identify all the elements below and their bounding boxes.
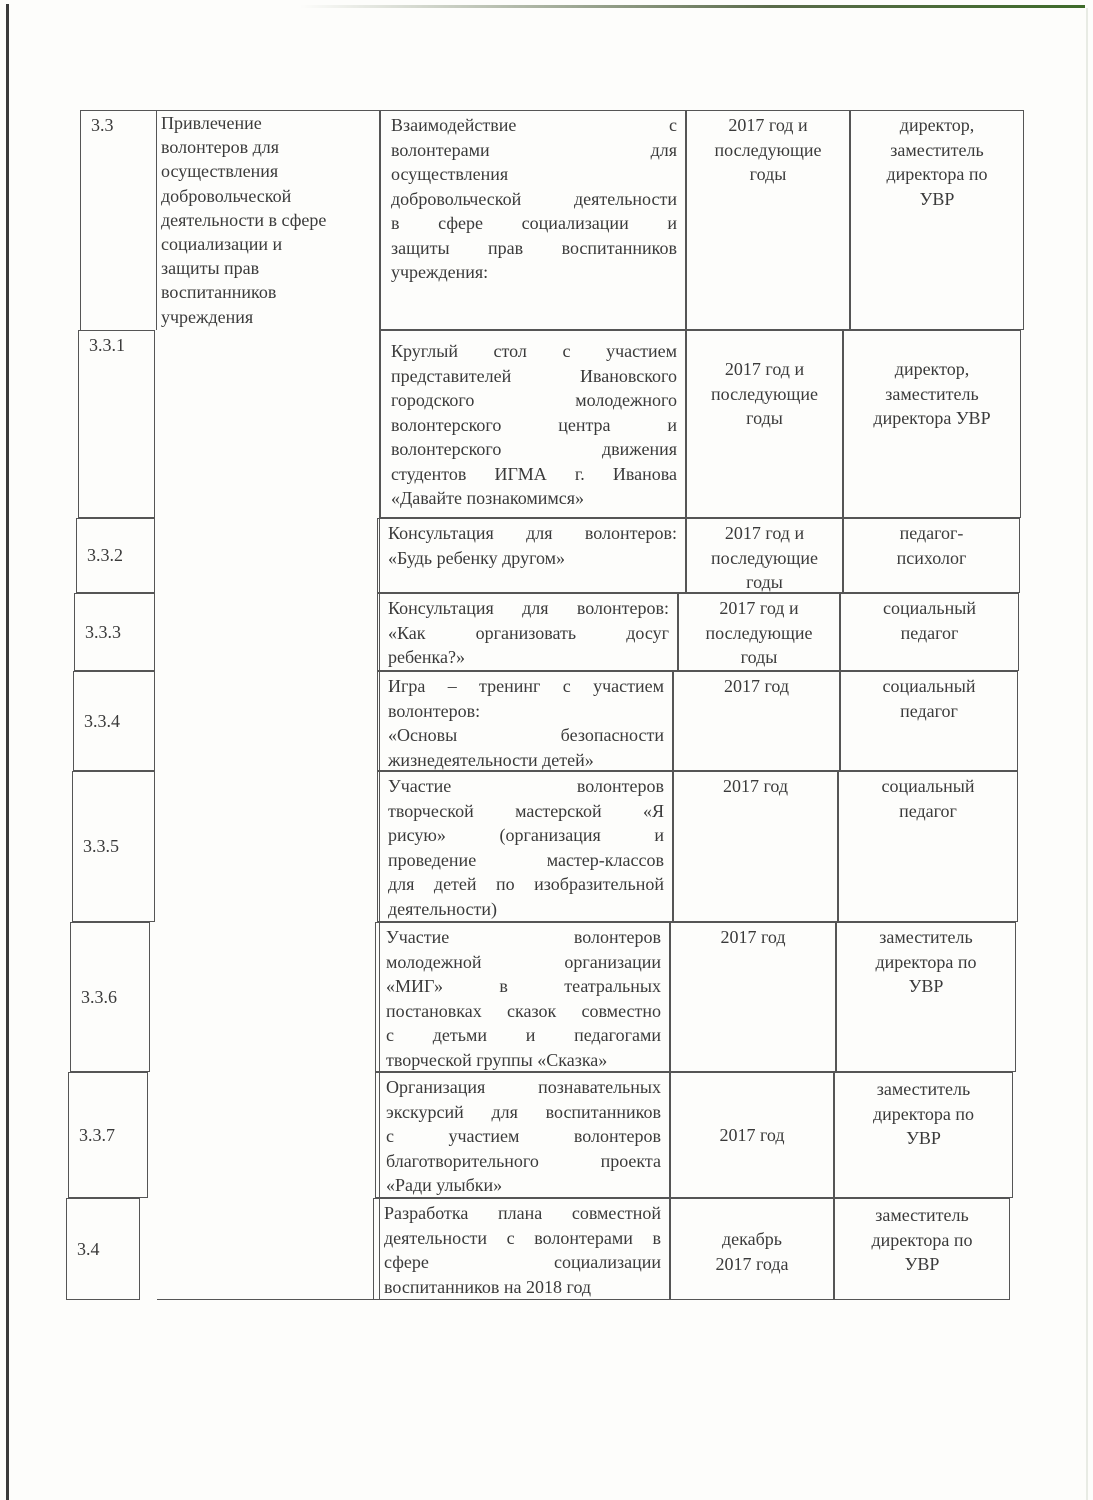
deadline-line: последующие xyxy=(693,546,836,571)
deadline-cell: 2017 год ипоследующиегоды xyxy=(678,593,840,671)
responsible-line: УВР xyxy=(857,187,1017,212)
responsible-cell: социальныйпедагог xyxy=(840,671,1018,771)
responsible-cell: директор,заместительдиректора УВР xyxy=(843,330,1021,518)
responsible-text: социальныйпедагог xyxy=(845,774,1011,823)
responsible-line: УВР xyxy=(843,974,1009,999)
row-number-text: 3.3.6 xyxy=(81,985,117,1010)
activity-line: ребенка?» xyxy=(388,645,669,670)
deadline-text: 2017 год ипоследующиегоды xyxy=(685,596,833,670)
row-number-text: 3.3.7 xyxy=(79,1123,115,1148)
row-number-text: 3.3.4 xyxy=(84,709,120,734)
activity-cell: Участие волонтеровмолодежной организации… xyxy=(375,922,670,1072)
activity-cell: Консультация для волонтеров:«Будь ребенк… xyxy=(377,518,686,593)
responsible-line: педагог xyxy=(847,699,1011,724)
section-title-line: Привлечение xyxy=(161,111,373,135)
deadline-line: годы xyxy=(685,645,833,670)
activity-line: для детей по изобразительной xyxy=(388,872,664,897)
row-number: 3.3 xyxy=(80,110,157,330)
activity-line: учреждения: xyxy=(391,260,677,285)
responsible-line: социальный xyxy=(845,774,1011,799)
responsible-text: педагог-психолог xyxy=(850,521,1013,570)
row-number-text: 3.3 xyxy=(91,115,114,135)
activity-line: осуществления xyxy=(391,162,677,187)
activity-line: «Как организовать досуг xyxy=(388,621,669,646)
responsible-text: социальныйпедагог xyxy=(847,674,1011,723)
activity-line: волонтеров: xyxy=(388,699,664,724)
activity-line: Консультация для волонтеров: xyxy=(388,521,677,546)
deadline-line: годы xyxy=(693,162,843,187)
section-title-cell: Привлечениеволонтеров дляосуществлениядо… xyxy=(157,110,380,1300)
activity-cell: Консультация для волонтеров: «Как органи… xyxy=(377,593,678,671)
section-title-line: деятельности в сфере xyxy=(161,208,373,232)
responsible-line: заместитель xyxy=(843,925,1009,950)
section-title-line: добровольческой xyxy=(161,184,373,208)
activity-line: с детьми и педагогами xyxy=(386,1023,661,1048)
deadline-text: 2017 год ипоследующиегоды xyxy=(693,113,843,187)
section-title-line: учреждения xyxy=(161,305,373,329)
deadline-cell: 2017 год xyxy=(673,771,838,922)
activity-line: волонтерами для xyxy=(391,138,677,163)
deadline-line: 2017 год и xyxy=(711,357,818,382)
activity-cell: Круглый стол с участиемпредставителей Ив… xyxy=(380,330,686,518)
row-number: 3.4 xyxy=(66,1198,140,1300)
scan-edge-right xyxy=(1086,8,1088,1500)
responsible-line: заместитель xyxy=(873,382,990,407)
activity-line: Взаимодействие с xyxy=(391,113,677,138)
activity-line: Консультация для волонтеров: xyxy=(388,596,669,621)
responsible-line: педагог xyxy=(845,799,1011,824)
row-number-text: 3.3.5 xyxy=(83,834,119,859)
row-number: 3.3.1 xyxy=(78,330,155,518)
deadline-text: 2017 год ипоследующиегоды xyxy=(693,521,836,595)
activity-line: волонтерского центра и xyxy=(391,413,677,438)
responsible-line: директора по xyxy=(873,1102,974,1127)
responsible-text: директор,заместительдиректора поУВР xyxy=(857,113,1017,211)
deadline-text: 2017 год xyxy=(677,925,829,950)
activity-line: постановках сказок совместно xyxy=(386,999,661,1024)
deadline-text: 2017 год xyxy=(719,1123,784,1148)
responsible-line: УВР xyxy=(873,1126,974,1151)
activity-line: благотворительного проекта xyxy=(386,1149,661,1174)
responsible-line: УВР xyxy=(871,1252,972,1277)
deadline-line: годы xyxy=(711,406,818,431)
activity-line: творческой мастерской «Я xyxy=(388,799,664,824)
activity-line: Организация познавательных xyxy=(386,1075,661,1100)
deadline-text: декабрь2017 года xyxy=(715,1227,788,1276)
deadline-line: 2017 год xyxy=(719,1123,784,1148)
row-number-text: 3.3.1 xyxy=(89,335,125,355)
deadline-text: 2017 год xyxy=(680,674,833,699)
deadline-line: 2017 год и xyxy=(685,596,833,621)
responsible-line: заместитель xyxy=(871,1203,972,1228)
responsible-line: педагог xyxy=(847,621,1012,646)
responsible-line: психолог xyxy=(850,546,1013,571)
deadline-text: 2017 год xyxy=(680,774,831,799)
row-number: 3.3.6 xyxy=(70,922,150,1072)
deadline-line: 2017 год xyxy=(677,925,829,950)
activity-line: представителей Ивановского xyxy=(391,364,677,389)
activity-line: жизнедеятельности детей» xyxy=(388,748,664,773)
activity-line: «Основы безопасности xyxy=(388,723,664,748)
activity-line: Участие волонтеров xyxy=(388,774,664,799)
activity-line: «Будь ребенку другом» xyxy=(388,546,677,571)
deadline-cell: 2017 год ипоследующиегоды xyxy=(686,518,843,593)
activity-cell: Разработка плана совместнойдеятельности … xyxy=(373,1198,670,1300)
activity-line: рисую» (организация и xyxy=(388,823,664,848)
responsible-line: директора УВР xyxy=(873,406,990,431)
responsible-cell: заместительдиректора поУВР xyxy=(836,922,1016,1072)
responsible-text: заместительдиректора поУВР xyxy=(843,925,1009,999)
section-title-line: волонтеров для xyxy=(161,135,373,159)
responsible-line: социальный xyxy=(847,674,1011,699)
row-number: 3.3.2 xyxy=(76,518,155,593)
activity-line: сфере социализации xyxy=(384,1250,661,1275)
activity-cell: Игра – тренинг с участиемволонтеров:«Осн… xyxy=(377,671,673,771)
deadline-line: 2017 год и xyxy=(693,521,836,546)
row-number-text: 3.3.3 xyxy=(85,620,121,645)
responsible-cell: педагог-психолог xyxy=(843,518,1020,593)
responsible-cell: заместительдиректора поУВР xyxy=(834,1198,1010,1300)
activity-line: Участие волонтеров xyxy=(386,925,661,950)
activity-line: защиты прав воспитанников xyxy=(391,236,677,261)
activity-cell: Организация познавательныхэкскурсий для … xyxy=(375,1072,670,1198)
responsible-line: заместитель xyxy=(873,1077,974,1102)
row-number-text: 3.3.2 xyxy=(87,543,123,568)
activity-line: в сфере социализации и xyxy=(391,211,677,236)
deadline-cell: 2017 год ипоследующиегоды xyxy=(686,330,843,518)
responsible-line: педагог- xyxy=(850,521,1013,546)
activity-line: воспитанников на 2018 год xyxy=(384,1275,661,1300)
responsible-line: директора по xyxy=(871,1228,972,1253)
responsible-line: заместитель xyxy=(857,138,1017,163)
activity-line: «МИГ» в театральных xyxy=(386,974,661,999)
section-title-line: воспитанников xyxy=(161,280,373,304)
section-title-line: социализации и xyxy=(161,232,373,256)
deadline-line: последующие xyxy=(693,138,843,163)
deadline-cell: 2017 год xyxy=(670,1072,834,1198)
activity-line: творческой группы «Сказка» xyxy=(386,1048,661,1073)
activity-line: студентов ИГМА г. Иванова xyxy=(391,462,677,487)
deadline-line: последующие xyxy=(685,621,833,646)
deadline-cell: 2017 год xyxy=(670,922,836,1072)
activity-cell: Участие волонтеровтворческой мастерской … xyxy=(377,771,673,922)
responsible-cell: директор,заместительдиректора поУВР xyxy=(850,110,1024,330)
activity-line: городского молодежного xyxy=(391,388,677,413)
section-title-line: осуществления xyxy=(161,159,373,183)
deadline-line: 2017 год xyxy=(680,674,833,699)
section-title-line: защиты прав xyxy=(161,256,373,280)
activity-line: Круглый стол с участием xyxy=(391,339,677,364)
responsible-cell: социальныйпедагог xyxy=(840,593,1019,671)
activity-line: Игра – тренинг с участием xyxy=(388,674,664,699)
deadline-line: декабрь xyxy=(715,1227,788,1252)
deadline-line: последующие xyxy=(711,382,818,407)
activity-line: волонтерского движения xyxy=(391,437,677,462)
row-number: 3.3.3 xyxy=(74,593,155,671)
deadline-line: годы xyxy=(693,570,836,595)
row-number-text: 3.4 xyxy=(77,1237,100,1262)
scan-edge-left xyxy=(6,4,9,1500)
row-number: 3.3.5 xyxy=(72,771,155,922)
row-number: 3.3.7 xyxy=(68,1072,148,1198)
deadline-line: 2017 год xyxy=(680,774,831,799)
deadline-text: 2017 год ипоследующиегоды xyxy=(711,357,818,431)
activity-cell: Взаимодействие сволонтерами дляосуществл… xyxy=(380,110,686,330)
responsible-text: социальныйпедагог xyxy=(847,596,1012,645)
row-number: 3.3.4 xyxy=(73,671,155,771)
responsible-line: директора по xyxy=(843,950,1009,975)
responsible-line: директор, xyxy=(857,113,1017,138)
activity-line: «Ради улыбки» xyxy=(386,1173,661,1198)
deadline-cell: декабрь2017 года xyxy=(670,1198,834,1300)
activity-line: молодежной организации xyxy=(386,950,661,975)
responsible-line: социальный xyxy=(847,596,1012,621)
deadline-line: 2017 года xyxy=(715,1252,788,1277)
activity-line: Разработка плана совместной xyxy=(384,1201,661,1226)
responsible-text: заместительдиректора поУВР xyxy=(871,1203,972,1277)
activity-line: с участием волонтеров xyxy=(386,1124,661,1149)
responsible-text: заместительдиректора поУВР xyxy=(873,1077,974,1151)
responsible-cell: социальныйпедагог xyxy=(838,771,1018,922)
activity-line: деятельности) xyxy=(388,897,664,922)
scan-edge-top xyxy=(300,5,1085,8)
deadline-line: 2017 год и xyxy=(693,113,843,138)
responsible-line: директор, xyxy=(873,357,990,382)
activity-line: «Давайте познакомимся» xyxy=(391,486,677,511)
activity-line: деятельности с волонтерами в xyxy=(384,1226,661,1251)
responsible-text: директор,заместительдиректора УВР xyxy=(873,357,990,431)
activity-line: проведение мастер-классов xyxy=(388,848,664,873)
deadline-cell: 2017 год ипоследующиегоды xyxy=(686,110,850,330)
responsible-line: директора по xyxy=(857,162,1017,187)
activity-line: добровольческой деятельности xyxy=(391,187,677,212)
deadline-cell: 2017 год xyxy=(673,671,840,771)
responsible-cell: заместительдиректора поУВР xyxy=(834,1072,1013,1198)
activity-line: экскурсий для воспитанников xyxy=(386,1100,661,1125)
